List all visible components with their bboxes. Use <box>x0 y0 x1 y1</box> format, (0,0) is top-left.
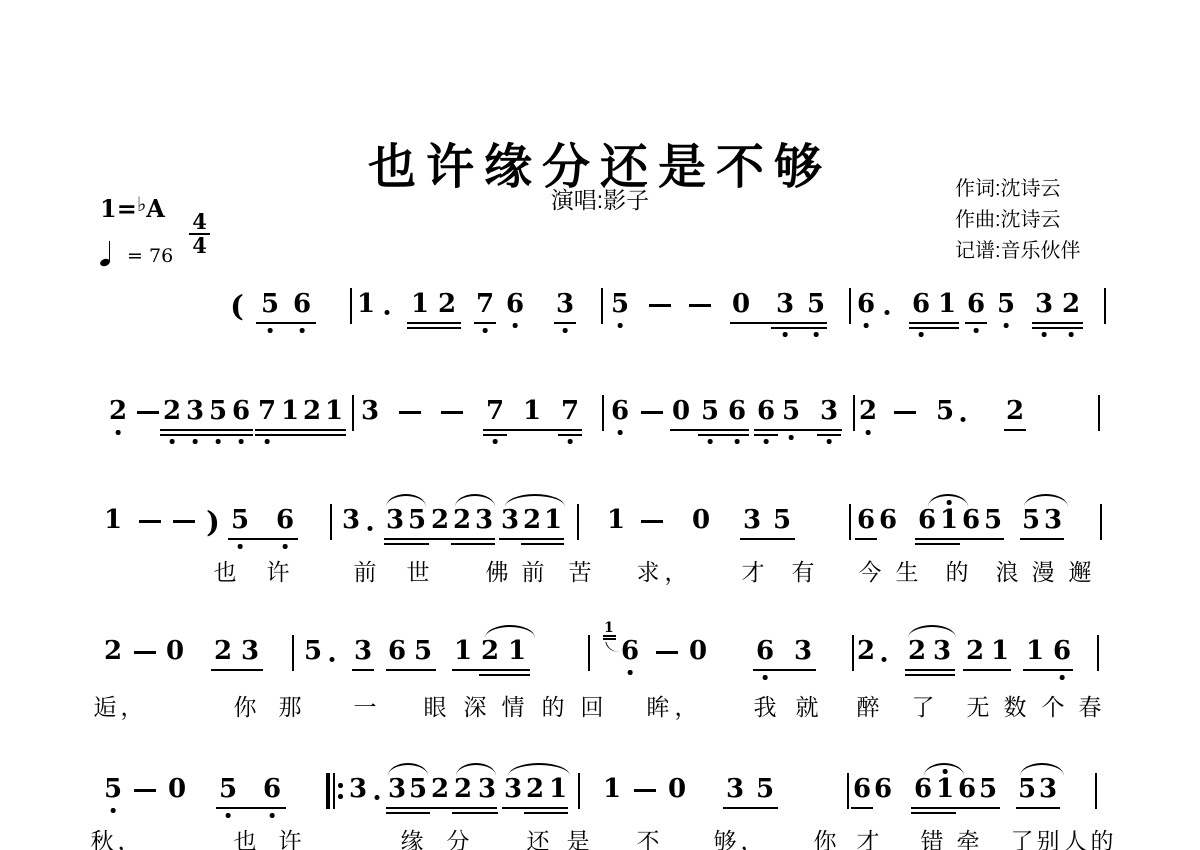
note: 1 <box>357 291 375 318</box>
note: 3 <box>478 776 496 803</box>
slur-arc <box>388 763 428 776</box>
octave-dot-low <box>783 332 788 337</box>
beam-underline <box>963 669 1011 671</box>
note: 2 <box>454 776 472 803</box>
note: 0 <box>672 398 690 425</box>
lyric-syllable: 个 <box>1042 689 1065 722</box>
slur-arc <box>1024 494 1068 507</box>
note: 3 <box>1044 507 1062 534</box>
octave-dot-low <box>193 439 198 444</box>
augmentation-dot <box>961 417 966 422</box>
note: 3 <box>342 507 360 534</box>
note: 7 <box>476 291 494 318</box>
beam-underline <box>905 674 955 676</box>
note: 5 <box>1022 507 1040 534</box>
octave-dot-low <box>513 323 518 328</box>
lyric-syllable: 了 <box>1011 823 1034 850</box>
note: 3 <box>556 291 574 318</box>
parenthesis: ( <box>230 289 244 323</box>
octave-dot-low <box>226 813 231 818</box>
lyric-syllable: 是 <box>567 823 590 850</box>
octave-dot-low <box>265 439 270 444</box>
augmentation-dot <box>385 310 390 315</box>
octave-dot-low <box>827 439 832 444</box>
note: 2 <box>163 398 181 425</box>
slur-arc <box>505 494 565 507</box>
note: 1 <box>1026 638 1044 665</box>
beam-underline <box>905 669 955 671</box>
beam-underline <box>429 538 495 540</box>
lyric-syllable: 数 <box>1004 689 1027 722</box>
beam-underline <box>1032 327 1083 329</box>
beam-underline <box>1016 807 1060 809</box>
beam-underline <box>698 434 749 436</box>
beam-underline <box>429 807 497 809</box>
note: 5 <box>1018 776 1036 803</box>
lyric-syllable: 那 <box>279 689 302 722</box>
octave-dot-low <box>483 328 488 333</box>
beam-underline <box>851 807 873 809</box>
octave-dot-low <box>919 332 924 337</box>
note: 6 <box>1053 638 1071 665</box>
note: 5 <box>756 776 774 803</box>
note: 3 <box>349 776 367 803</box>
slur-arc <box>508 763 570 776</box>
lyric-syllable: 无 <box>967 689 990 722</box>
note: 6 <box>388 638 406 665</box>
note: 2 <box>481 638 499 665</box>
barline <box>1095 773 1097 809</box>
octave-dot-low <box>628 670 633 675</box>
beam-underline <box>754 434 778 436</box>
note: 1 <box>603 776 621 803</box>
beam-underline <box>483 429 582 431</box>
repeat-start-barline <box>326 773 346 809</box>
beam-underline <box>670 429 749 431</box>
note: 2 <box>104 638 122 665</box>
duration-dash <box>134 789 156 792</box>
beam-underline <box>407 322 461 324</box>
note: 5 <box>219 776 237 803</box>
note: 5 <box>231 507 249 534</box>
beam-underline <box>771 327 827 329</box>
duration-dash <box>441 411 463 414</box>
duration-dash <box>634 789 656 792</box>
lyric-syllable: 不 <box>637 823 660 850</box>
note: 0 <box>689 638 707 665</box>
note: 0 <box>168 776 186 803</box>
note: 7 <box>258 398 276 425</box>
octave-dot-low <box>238 544 243 549</box>
lyric-syllable: 前 <box>354 554 377 587</box>
lyric-syllable: 就 <box>796 689 819 722</box>
beam-underline <box>558 434 582 436</box>
beam-underline <box>915 543 960 545</box>
grace-note: 1 <box>604 620 622 654</box>
note: 6 <box>857 291 875 318</box>
note: 6 <box>757 398 775 425</box>
note: 0 <box>692 507 710 534</box>
augmentation-dot <box>885 310 890 315</box>
octave-dot-low <box>216 439 221 444</box>
note: 6 <box>611 398 629 425</box>
lyric-syllable: 牵 <box>957 823 980 850</box>
beam-underline <box>855 538 877 540</box>
note: 6 <box>756 638 774 665</box>
beam-underline <box>384 543 429 545</box>
beam-underline <box>909 322 959 324</box>
lyric-syllable: 的 <box>1091 823 1114 850</box>
lyric-syllable: ， <box>118 823 141 850</box>
barline <box>849 504 851 540</box>
beam-underline <box>1032 322 1083 324</box>
augmentation-dot <box>330 657 335 662</box>
note: 2 <box>857 638 875 665</box>
note: 2 <box>523 507 541 534</box>
note: 6 <box>914 776 932 803</box>
lyric-syllable: 漫 <box>1032 554 1055 587</box>
slur-arc <box>1020 763 1064 776</box>
note: 5 <box>936 398 954 425</box>
note: 3 <box>241 638 259 665</box>
note: 2 <box>966 638 984 665</box>
beam-underline <box>228 538 298 540</box>
octave-dot-low <box>270 813 275 818</box>
note: 5 <box>408 507 426 534</box>
lyric-syllable: 也 <box>234 823 257 850</box>
barline <box>330 504 332 540</box>
lyric-syllable: ， <box>665 554 688 587</box>
duration-dash <box>139 520 161 523</box>
beam-underline <box>483 434 507 436</box>
slur-arc <box>908 625 956 638</box>
note: 6 <box>232 398 250 425</box>
note: 5 <box>611 291 629 318</box>
beam-underline <box>255 429 346 431</box>
note: 3 <box>475 507 493 534</box>
score: (561127635035661653222356712137176056653… <box>0 0 1200 850</box>
note: 2 <box>1062 291 1080 318</box>
note: 5 <box>304 638 322 665</box>
duration-dash <box>894 411 916 414</box>
augmentation-dot <box>368 526 373 531</box>
barline <box>853 395 855 431</box>
lyric-syllable: 的 <box>946 554 969 587</box>
beam-underline <box>956 807 1000 809</box>
duration-dash <box>689 304 711 307</box>
repeat-mark-part <box>338 794 343 799</box>
note: 2 <box>303 398 321 425</box>
note: 3 <box>1035 291 1053 318</box>
octave-dot-low <box>789 435 794 440</box>
barline <box>352 395 354 431</box>
note: 3 <box>501 507 519 534</box>
lyric-syllable: ， <box>675 689 698 722</box>
barline <box>1100 504 1102 540</box>
octave-dot-low <box>1060 675 1065 680</box>
barline <box>849 288 851 324</box>
lyric-syllable: 才 <box>857 823 880 850</box>
octave-dot-low <box>116 430 121 435</box>
note: 6 <box>263 776 281 803</box>
barline <box>292 635 294 671</box>
beam-underline <box>452 669 530 671</box>
beam-underline <box>499 538 564 540</box>
lyric-syllable: 有 <box>792 554 815 587</box>
lyric-syllable: 眸 <box>647 689 670 722</box>
octave-dot-low <box>814 332 819 337</box>
note: 6 <box>918 507 936 534</box>
beam-underline <box>386 807 430 809</box>
octave-dot-low <box>568 439 573 444</box>
octave-dot-low <box>111 808 116 813</box>
beam-underline <box>256 322 316 324</box>
note: 1 <box>281 398 299 425</box>
octave-dot-low <box>170 439 175 444</box>
lyric-syllable: 你 <box>234 689 257 722</box>
barline <box>852 635 854 671</box>
note: 2 <box>859 398 877 425</box>
slur-arc <box>456 763 496 776</box>
beam-underline <box>386 669 436 671</box>
lyric-syllable: 眼 <box>424 689 447 722</box>
beam-underline <box>554 322 576 324</box>
beam-underline <box>502 807 568 809</box>
octave-dot-low <box>974 328 979 333</box>
octave-dot-low <box>1069 332 1074 337</box>
repeat-mark-part <box>326 773 330 809</box>
note: 6 <box>967 291 985 318</box>
note: 6 <box>853 776 871 803</box>
note: 2 <box>431 776 449 803</box>
beam-underline <box>740 538 795 540</box>
slur-arc <box>386 494 426 507</box>
note: 1 <box>454 638 472 665</box>
note: 3 <box>726 776 744 803</box>
note: 3 <box>504 776 522 803</box>
beam-underline <box>960 538 1004 540</box>
beam-underline <box>255 434 346 436</box>
beam-underline <box>521 543 564 545</box>
slur-arc <box>455 494 495 507</box>
lyric-syllable: 世 <box>407 554 430 587</box>
duration-dash <box>656 651 678 654</box>
note: 0 <box>732 291 750 318</box>
lyric-syllable: 情 <box>502 689 525 722</box>
note: 2 <box>431 507 449 534</box>
lyric-syllable: ， <box>741 823 764 850</box>
note: 3 <box>388 776 406 803</box>
beam-underline <box>730 322 827 324</box>
octave-dot-low <box>239 439 244 444</box>
note: 6 <box>962 507 980 534</box>
beam-underline <box>211 669 263 671</box>
lyric-syllable: 醉 <box>857 689 880 722</box>
beam-underline <box>754 429 842 431</box>
note: 1 <box>991 638 1009 665</box>
lyric-syllable: 秋 <box>91 823 114 850</box>
grace-curve <box>605 638 620 654</box>
octave-dot-low <box>300 328 305 333</box>
octave-dot-low <box>1042 332 1047 337</box>
beam-underline <box>216 807 286 809</box>
lyric-syllable: 生 <box>896 554 919 587</box>
lyric-syllable: ， <box>121 689 144 722</box>
lyric-syllable: 春 <box>1079 689 1102 722</box>
note: 2 <box>1006 398 1024 425</box>
note: 1 <box>544 507 562 534</box>
note: 3 <box>361 398 379 425</box>
duration-dash <box>399 411 421 414</box>
barline <box>1097 635 1099 671</box>
note: 1 <box>104 507 122 534</box>
octave-dot-low <box>283 544 288 549</box>
note: 6 <box>621 638 639 665</box>
note: 7 <box>561 398 579 425</box>
note: 1 <box>607 507 625 534</box>
note: 5 <box>782 398 800 425</box>
barline <box>588 635 590 671</box>
lyric-syllable: 分 <box>447 823 470 850</box>
octave-dot-low <box>764 439 769 444</box>
note: 5 <box>409 776 427 803</box>
note: 2 <box>214 638 232 665</box>
lyric-syllable: 许 <box>279 823 302 850</box>
octave-dot-low <box>563 328 568 333</box>
note: 1 <box>549 776 567 803</box>
note: 3 <box>743 507 761 534</box>
note: 1 <box>938 291 956 318</box>
note: 1 <box>325 398 343 425</box>
note: 6 <box>958 776 976 803</box>
augmentation-dot <box>375 795 380 800</box>
grace-underline <box>603 635 616 637</box>
beam-underline <box>1023 669 1073 671</box>
note: 3 <box>354 638 372 665</box>
note: 1 <box>411 291 429 318</box>
note: 5 <box>773 507 791 534</box>
lyric-syllable: 人 <box>1064 823 1087 850</box>
lyric-syllable: 你 <box>814 823 837 850</box>
augmentation-dot <box>882 657 887 662</box>
barline <box>847 773 849 809</box>
note: 2 <box>908 638 926 665</box>
lyric-syllable: 一 <box>354 689 377 722</box>
note: 3 <box>1039 776 1057 803</box>
lyric-syllable: 也 <box>214 554 237 587</box>
beam-underline <box>911 807 956 809</box>
lyric-syllable: 深 <box>464 689 487 722</box>
beam-underline <box>911 812 956 814</box>
barline <box>350 288 352 324</box>
beam-underline <box>1004 429 1026 431</box>
lyric-syllable: 苦 <box>569 554 592 587</box>
octave-dot-low <box>493 439 498 444</box>
note: 2 <box>526 776 544 803</box>
octave-dot-low <box>708 439 713 444</box>
octave-dot-low <box>618 323 623 328</box>
lyric-syllable: 别 <box>1037 823 1060 850</box>
note: 3 <box>794 638 812 665</box>
beam-underline <box>1020 538 1064 540</box>
octave-dot-low <box>1004 323 1009 328</box>
note: 6 <box>293 291 311 318</box>
sheet-page: 也许缘分还是不够 演唱:影子 1=♭A 4 4 = 76 作词:沈诗云 作曲:沈… <box>0 0 1200 850</box>
beam-underline <box>817 434 841 436</box>
lyric-syllable: 错 <box>921 823 944 850</box>
duration-dash <box>641 520 663 523</box>
barline <box>601 288 603 324</box>
beam-underline <box>474 322 496 324</box>
note: 1 <box>508 638 526 665</box>
octave-dot-low <box>618 430 623 435</box>
note: 5 <box>261 291 279 318</box>
lyric-syllable: 许 <box>267 554 290 587</box>
beam-underline <box>407 327 461 329</box>
beam-underline <box>723 807 778 809</box>
repeat-mark-part <box>338 783 343 788</box>
lyric-syllable: 我 <box>754 689 777 722</box>
lyric-syllable: 够 <box>714 823 737 850</box>
note: 3 <box>933 638 951 665</box>
lyric-syllable: 逅 <box>94 689 117 722</box>
duration-dash <box>137 411 159 414</box>
duration-dash <box>173 520 195 523</box>
lyric-syllable: 前 <box>522 554 545 587</box>
duration-dash <box>641 411 663 414</box>
slur-arc <box>485 625 535 638</box>
note: 2 <box>453 507 471 534</box>
duration-dash <box>134 651 156 654</box>
duration-dash <box>649 304 671 307</box>
note: 6 <box>728 398 746 425</box>
note: 6 <box>506 291 524 318</box>
barline <box>1104 288 1106 324</box>
beam-underline <box>524 812 568 814</box>
grace-note-digit: 1 <box>604 620 614 636</box>
note: 6 <box>879 507 897 534</box>
note: 2 <box>438 291 456 318</box>
lyric-syllable: 还 <box>527 823 550 850</box>
note: 7 <box>486 398 504 425</box>
lyric-syllable: 佛 <box>486 554 509 587</box>
beam-underline <box>909 327 959 329</box>
note: 1 <box>936 776 954 803</box>
beam-underline <box>160 434 253 436</box>
barline <box>1098 395 1100 431</box>
lyric-syllable: 缘 <box>401 823 424 850</box>
lyric-syllable: 回 <box>581 689 604 722</box>
beam-underline <box>452 812 498 814</box>
octave-dot-low <box>864 323 869 328</box>
note: 0 <box>166 638 184 665</box>
note: 3 <box>386 507 404 534</box>
note: 3 <box>776 291 794 318</box>
note: 5 <box>807 291 825 318</box>
lyric-syllable: 求 <box>637 554 660 587</box>
beam-underline <box>479 674 530 676</box>
lyric-syllable: 了 <box>912 689 935 722</box>
barline <box>577 504 579 540</box>
octave-dot-low <box>735 439 740 444</box>
note: 5 <box>209 398 227 425</box>
barline <box>578 773 580 809</box>
beam-underline <box>352 669 374 671</box>
note: 1 <box>940 507 958 534</box>
lyric-syllable: 邂 <box>1069 554 1092 587</box>
note: 5 <box>414 638 432 665</box>
note: 1 <box>523 398 541 425</box>
